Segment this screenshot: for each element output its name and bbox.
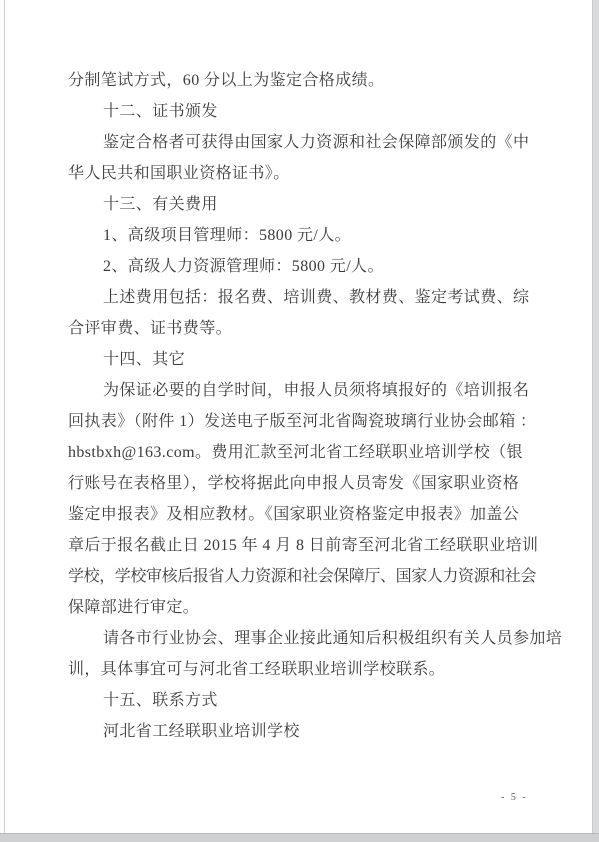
text-line: 华人民共和国职业资格证书》。 — [68, 158, 558, 189]
text-line: 行账号在表格里），学校将据此向申报人员寄发《国家职业资格 — [68, 468, 558, 499]
text-line: 学校，学校审核后报省人力资源和社会保障厅、国家人力资源和社会 — [68, 561, 558, 592]
text-line: 鉴定申报表》及相应教材。《国家职业资格鉴定申报表》加盖公 — [68, 499, 558, 530]
text-line: 河北省工经联职业培训学校 — [68, 716, 558, 747]
text-line: 1、高级项目管理师：5800 元/人。 — [68, 220, 558, 251]
text-line: 十四、其它 — [68, 344, 558, 375]
text-line: 十五、联系方式 — [68, 685, 558, 716]
text-line: 保障部进行审定。 — [68, 592, 558, 623]
text-line: 分制笔试方式，60 分以上为鉴定合格成绩。 — [68, 65, 558, 96]
text-line: 为保证必要的自学时间，申报人员须将填报好的《培训报名 — [68, 375, 558, 406]
text-line: 上述费用包括：报名费、培训费、教材费、鉴定考试费、综 — [68, 282, 558, 313]
text-line: 2、高级人力资源管理师：5800 元/人。 — [68, 251, 558, 282]
text-line: 章后于报名截止日 2015 年 4 月 8 日前寄至河北省工经联职业培训 — [68, 530, 558, 561]
text-line: 十三、有关费用 — [68, 189, 558, 220]
page-right-edge — [592, 0, 599, 842]
document-text: 分制笔试方式，60 分以上为鉴定合格成绩。十二、证书颁发鉴定合格者可获得由国家人… — [68, 65, 558, 747]
page-number: - 5 - — [501, 792, 528, 803]
text-line: 合评审费、证书费等。 — [68, 313, 558, 344]
text-line: 回执表》（附件 1）发送电子版至河北省陶瓷玻璃行业协会邮箱 ： — [68, 406, 558, 437]
text-line: 训，具体事宜可与河北省工经联职业培训学校联系。 — [68, 654, 558, 685]
scanned-document-page: 分制笔试方式，60 分以上为鉴定合格成绩。十二、证书颁发鉴定合格者可获得由国家人… — [0, 0, 599, 842]
page-bottom-shadow — [0, 833, 599, 842]
page-left-edge — [4, 0, 5, 834]
text-line: 十二、证书颁发 — [68, 96, 558, 127]
text-line: hbstbxh@163.com。费用汇款至河北省工经联职业培训学校（银 — [68, 437, 558, 468]
text-line: 请各市行业协会、理事企业接此通知后积极组织有关人员参加培 — [68, 623, 558, 654]
text-line: 鉴定合格者可获得由国家人力资源和社会保障部颁发的《中 — [68, 127, 558, 158]
